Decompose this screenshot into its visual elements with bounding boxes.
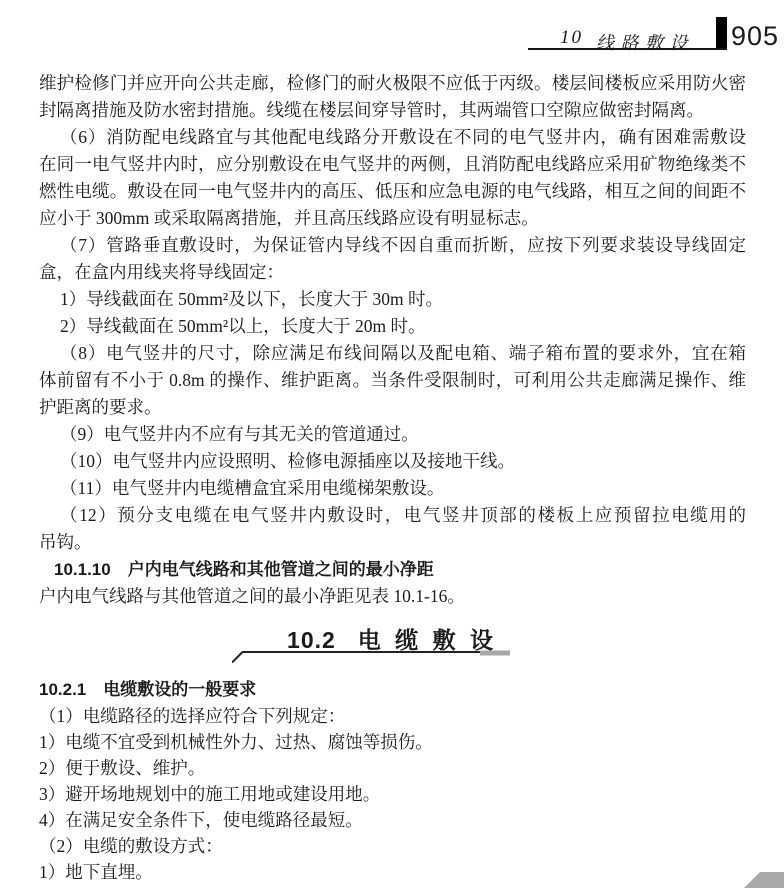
text-line: （12）预分支电缆在电气竖井内敷设时，电气竖井顶部的楼板上应预留拉电缆用的 [39,502,746,529]
text-line: 封隔离措施及防水密封措施。线缆在楼层间穿导管时，其两端管口空隙应做密封隔离。 [39,97,746,124]
text-line: 盒，在盒内用线夹将导线固定： [39,259,746,286]
section-underline-decoration [232,650,512,666]
list-item: 2）便于敷设、维护。 [39,755,746,781]
list-item: 4）在满足安全条件下，使电缆路径最短。 [39,807,746,833]
text-line: （6）消防配电线路宜与其他配电线路分开敷设在不同的电气竖井内，确有困难需敷设 [39,124,746,151]
text-line: （9）电气竖井内不应有与其无关的管道通过。 [39,421,746,448]
text-line: （11）电气竖井内电缆槽盒宜采用电缆梯架敷设。 [39,475,746,502]
text-line: 在同一电气竖井内时，应分别敷设在电气竖井的两侧，且消防配电线路应采用矿物绝缘类不 [39,151,746,178]
list-item: （1）电缆路径的选择应符合下列规定： [39,703,746,729]
page-number: 905 [731,21,779,52]
section-10-1-text: 维护检修门并应开向公共走廊，检修门的耐火极限不应低于丙级。楼层间楼板应采用防火密… [39,70,746,610]
list-item: 2）导线截面在 50mm²以上，长度大于 20m 时。 [39,313,746,340]
text-line: 户内电气线路与其他管道之间的最小净距见表 10.1-16。 [39,583,746,610]
text-line: （10）电气竖井内应设照明、检修电源插座以及接地干线。 [39,448,746,475]
subsection-heading-10-2-1: 10.2.1 电缆敷设的一般要求 [39,677,746,703]
text-line: 维护检修门并应开向公共走廊，检修门的耐火极限不应低于丙级。楼层间楼板应采用防火密 [39,70,746,97]
text-line: （7）管路垂直敷设时，为保证管内导线不因自重而折断，应按下列要求装设导线固定 [39,232,746,259]
subsection-heading-10-1-10: 10.1.10 户内电气线路和其他管道之间的最小净距 [39,556,746,583]
text-line: 吊钩。 [39,529,746,556]
text-line: （8）电气竖井的尺寸，除应满足布线间隔以及配电箱、端子箱布置的要求外，宜在箱 [39,340,746,367]
list-item: 1）导线截面在 50mm²及以下，长度大于 30m 时。 [39,286,746,313]
list-item: 3）避开场地规划中的施工用地或建设用地。 [39,781,746,807]
text-line: 应小于 300mm 或采取隔离措施，并且高压线路应设有明显标志。 [39,205,746,232]
text-line: 体前留有不小于 0.8m 的操作、维护距离。当条件受限制时，可利用公共走廊满足操… [39,367,746,394]
corner-fold-decoration [744,872,784,888]
text-line: 燃性电缆。敷设在同一电气竖井内的高压、低压和应急电源的电气线路，相互之间的间距不 [39,178,746,205]
text-line: 护距离的要求。 [39,394,746,421]
section-10-2-text: 10.2.1 电缆敷设的一般要求 （1）电缆路径的选择应符合下列规定： 1）电缆… [39,677,746,885]
list-item: （2）电缆的敷设方式： [39,833,746,859]
header-chapter-number: 10 [560,27,583,49]
list-item: 1）电缆不宜受到机械性外力、过热、腐蚀等损伤。 [39,729,746,755]
header-rule [528,48,727,50]
header-black-tab [716,17,727,50]
document-page: 10 线 路 敷 设 905 维护检修门并应开向公共走廊，检修门的耐火极限不应低… [0,0,784,888]
list-item: 1）地下直埋。 [39,859,746,885]
header-chapter-title: 线 路 敷 设 [596,29,689,55]
